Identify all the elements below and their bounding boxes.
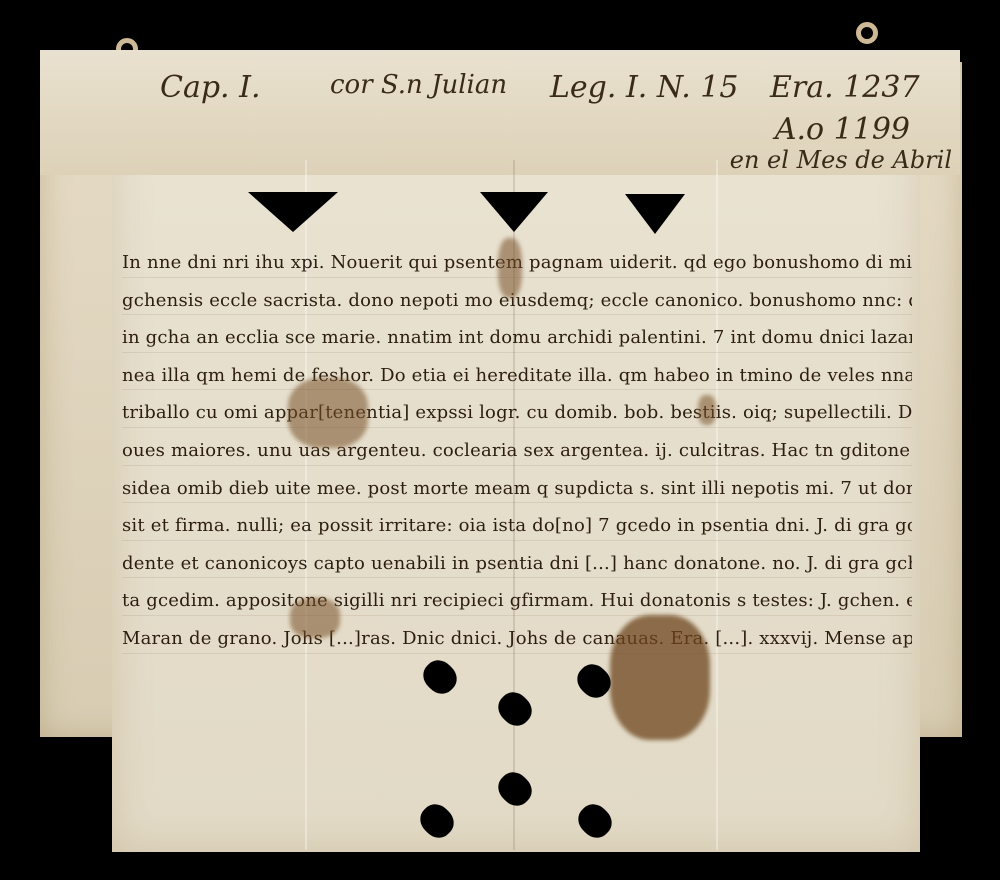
text-line: dente et canonicoys capto uenabili in ps…: [122, 541, 912, 579]
water-stain: [610, 615, 710, 740]
header-year: A.o 1199: [775, 112, 910, 147]
seal-hole-triangle: [625, 194, 685, 234]
header-era: Era. 1237: [770, 70, 920, 105]
header-cor: cor S.n Julian: [330, 70, 507, 100]
text-line: sidea omib dieb uite mee. post morte mea…: [122, 466, 912, 504]
hanging-loop-right: [856, 22, 878, 44]
text-line: triballo cu omi appar[tenentia] expssi l…: [122, 390, 912, 428]
water-stain: [498, 238, 522, 298]
charter-text: In nne dni nri ihu xpi. Nouerit qui psen…: [122, 240, 912, 654]
seal-hole-triangle: [480, 192, 548, 232]
water-stain: [698, 395, 716, 425]
header-cap: Cap. I.: [160, 70, 261, 105]
text-line: nea illa qm hemi de feshor. Do etia ei h…: [122, 353, 912, 391]
header-month: en el Mes de Abril: [730, 146, 952, 174]
water-stain: [290, 598, 340, 638]
header-leg: Leg. I. N. 15: [550, 70, 738, 105]
text-line: oues maiores. unu uas argenteu. cocleari…: [122, 428, 912, 466]
archival-header: Cap. I. cor S.n Julian Leg. I. N. 15 Era…: [160, 70, 940, 110]
text-line: ta gcedim. appositone sigilli nri recipi…: [122, 578, 912, 616]
water-stain: [288, 378, 368, 448]
text-line: Maran de grano. Johs [...]ras. Dnic dnic…: [122, 616, 912, 654]
seal-hole-triangle: [248, 192, 338, 232]
text-line: in gcha an ecclia sce marie. nnatim int …: [122, 315, 912, 353]
text-line: sit et firma. nulli; ea possit irritare:…: [122, 503, 912, 541]
